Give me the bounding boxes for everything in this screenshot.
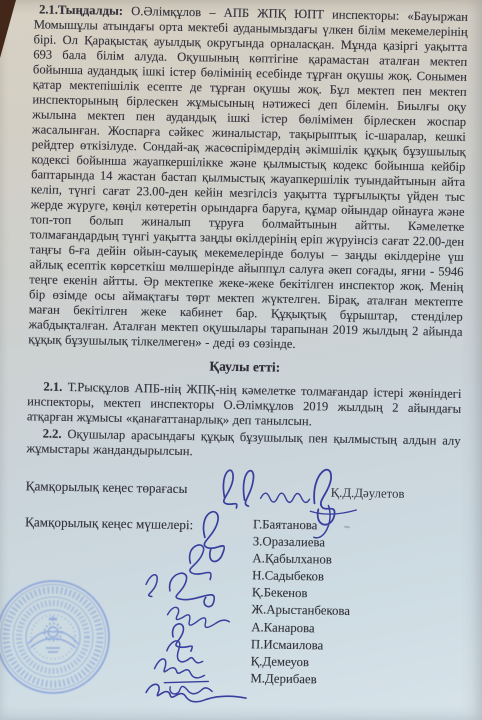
member-name: З.Оразалиева: [253, 533, 352, 552]
member-name: Ж.Арыстанбекова: [251, 602, 350, 621]
official-stamp-icon: [0, 574, 116, 700]
paper-sheet: 2.1.Тыңдалды: О.Әлімқұлов – АПБ ЖПҚ ЮПТ …: [0, 0, 482, 720]
resolution-2-2-number: 2.2.: [43, 427, 62, 441]
member-name: Н.Садыбеков: [252, 568, 351, 587]
member-name: Қ.Демеуов: [251, 653, 350, 672]
member-name: А.Канарова: [251, 619, 350, 638]
member-name: П.Исмаилова: [251, 636, 350, 655]
member-name: Қ.Бекенов: [252, 585, 351, 604]
heard-label: 2.1.Тыңдалды:: [39, 2, 123, 17]
member-name: А.Қабылханов: [252, 550, 351, 569]
heard-body-text: О.Әлімқұлов – АПБ ЖПҚ ЮПТ инспекторы: «Б…: [28, 4, 468, 351]
heard-paragraph: 2.1.Тыңдалды: О.Әлімқұлов – АПБ ЖПҚ ЮПТ …: [28, 2, 468, 355]
stamp-emblem: [28, 616, 78, 652]
member-name: М.Дерибаев: [250, 670, 349, 689]
member-signature-strokes: [144, 511, 249, 703]
resolution-2-1-text: Т.Рысқұлов АПБ-нің ЖПҚ-нің кәмелетке тол…: [27, 380, 462, 428]
member-names-list: Г.Баятанова З.Оразалиева А.Қабылханов Н.…: [250, 516, 351, 689]
document-photo: 2.1.Тыңдалды: О.Әлімқұлов – АПБ ЖПҚ ЮПТ …: [0, 0, 482, 720]
chairman-name: Қ.Д.Дәулетов: [331, 486, 405, 502]
resolution-heading: Қаулы етті:: [28, 355, 462, 379]
member-name: Г.Баятанова: [253, 516, 352, 535]
resolution-2-1: 2.1. Т.Рысқұлов АПБ-нің ЖПҚ-нің кәмелетк…: [27, 379, 462, 432]
resolution-2-1-number: 2.1.: [43, 380, 62, 394]
